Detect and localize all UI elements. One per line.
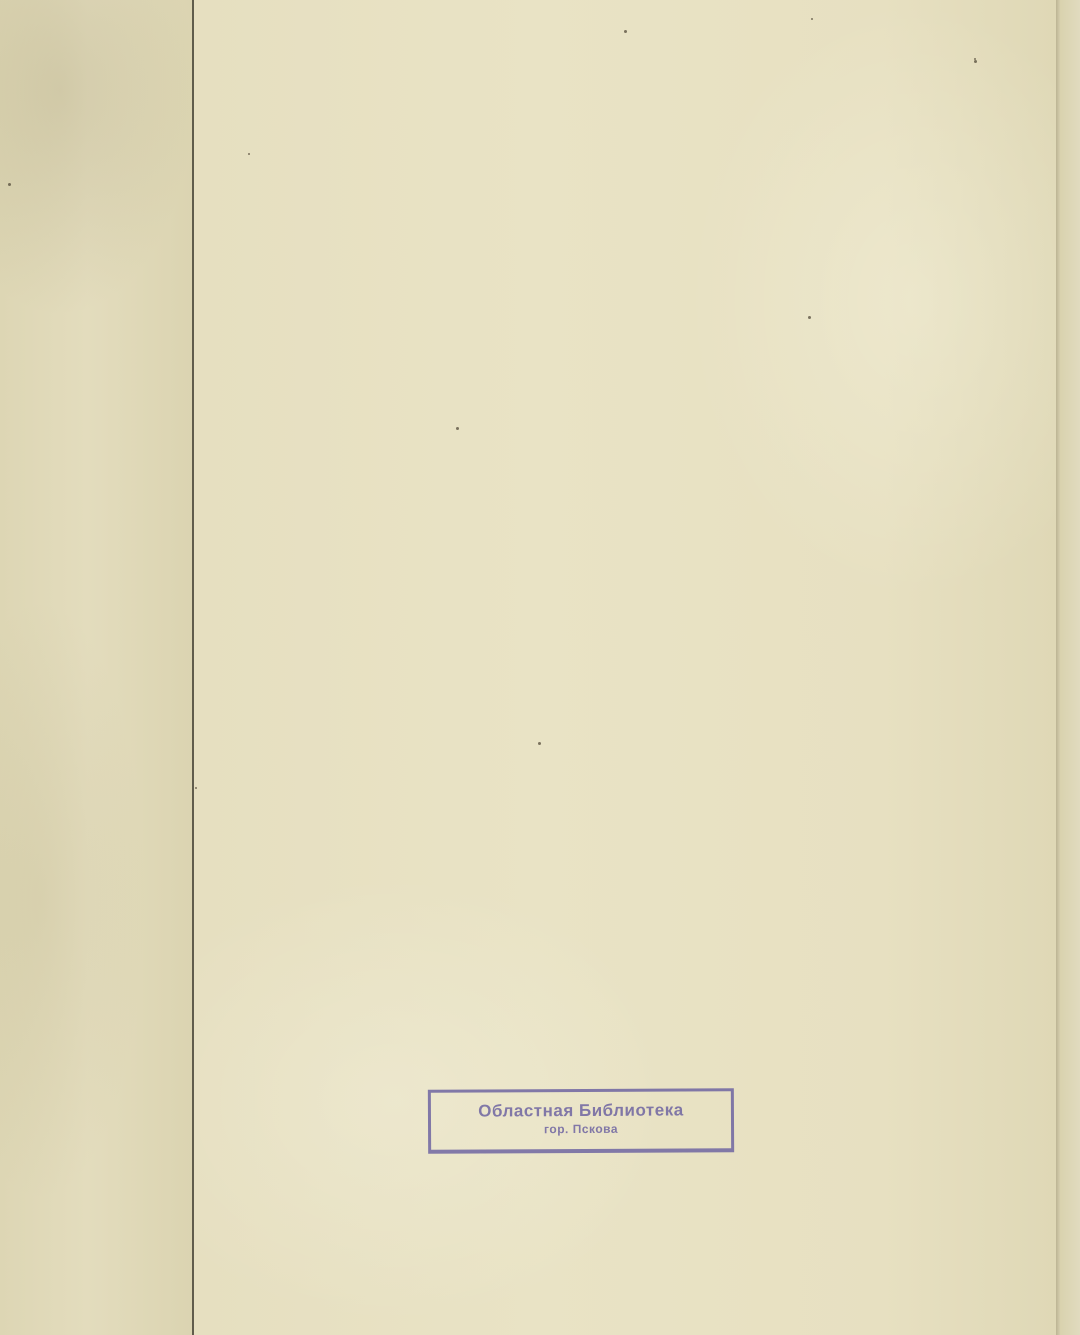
paper-speck [538,742,541,745]
paper-speck [456,427,459,430]
paper-speck [811,18,813,20]
left-flap [0,0,193,1335]
paper-speck [974,60,977,63]
library-stamp: Областная Библиотека гор. Пскова [428,1088,734,1154]
stamp-library-name: Областная Библиотека [431,1100,731,1122]
paper-speck [8,183,11,186]
paper-speck [808,316,811,319]
paper-speck [624,30,627,33]
paper-speck [248,153,250,155]
right-page-edge [1060,0,1080,1335]
paper-speck [195,787,197,789]
stamp-city: гор. Пскова [431,1121,731,1137]
